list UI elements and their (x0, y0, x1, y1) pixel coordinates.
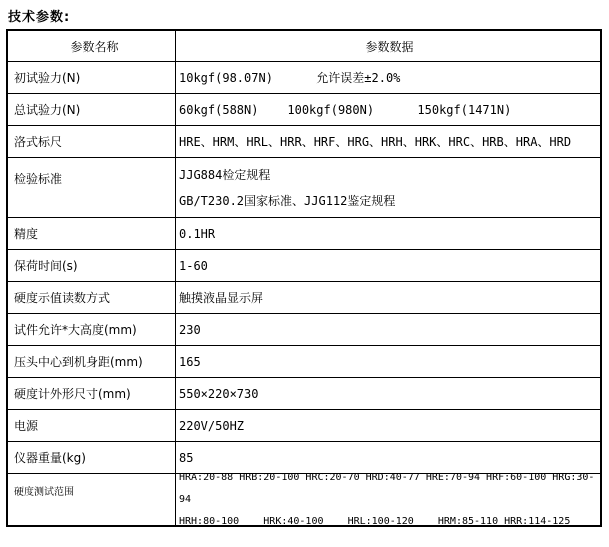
param-name: 压头中心到机身距(mm) (14, 353, 175, 370)
param-value-line: HRH:80-100 HRK:40-100 HRL:100-120 HRM:85… (179, 511, 600, 526)
param-value-line: 85 (179, 451, 600, 465)
param-name-cell: 检验标准 (8, 158, 176, 217)
param-value-line: GB/T230.2国家标准、JJG112鉴定规程 (179, 188, 600, 214)
param-name-cell: 洛式标尺 (8, 126, 176, 157)
table-row: 保荷时间(s) 1-60 (8, 249, 600, 281)
param-value-line: 触摸液晶显示屏 (179, 289, 600, 306)
param-value-line: 230 (179, 323, 600, 337)
param-name-cell: 硬度计外形尺寸(mm) (8, 378, 176, 409)
param-name-cell: 试件允许*大高度(mm) (8, 314, 176, 345)
param-name: 硬度计外形尺寸(mm) (14, 385, 175, 402)
table-row: 洛式标尺 HRE、HRM、HRL、HRR、HRF、HRG、HRH、HRK、HRC… (8, 125, 600, 157)
param-name: 试件允许*大高度(mm) (14, 321, 175, 338)
param-value-cell: 0.1HR (176, 218, 600, 249)
param-value-line: 1-60 (179, 259, 600, 273)
param-name: 初试验力(N) (14, 69, 175, 86)
param-name-cell: 硬度示值读数方式 (8, 282, 176, 313)
table-row: 试件允许*大高度(mm) 230 (8, 313, 600, 345)
param-name: 保荷时间(s) (14, 257, 175, 274)
header-param-value: 参数数据 (176, 31, 600, 61)
header-param-name: 参数名称 (8, 31, 176, 61)
param-name: 总试验力(N) (14, 101, 175, 118)
param-name: 硬度测试范围 (14, 482, 175, 504)
param-value-cell: 230 (176, 314, 600, 345)
table-row: 硬度计外形尺寸(mm) 550×220×730 (8, 377, 600, 409)
param-value-line: JJG884检定规程 (179, 162, 600, 188)
param-value-cell: 85 (176, 442, 600, 473)
page-title: 技术参数: (8, 6, 70, 25)
param-name: 硬度示值读数方式 (14, 289, 175, 306)
param-value-cell: HRA:20-88 HRB:20-100 HRC:20-70 HRD:40-77… (176, 474, 600, 525)
param-name: 检验标准 (14, 166, 175, 192)
param-name-cell: 硬度测试范围 (8, 474, 176, 525)
param-value-line: 10kgf(98.07N) 允许误差±2.0% (179, 69, 600, 86)
table-header-row: 参数名称 参数数据 (8, 31, 600, 61)
page: 技术参数: 参数名称 参数数据 初试验力(N) 10kgf(98.07N) 允许… (0, 0, 609, 547)
param-value-cell: HRE、HRM、HRL、HRR、HRF、HRG、HRH、HRK、HRC、HRB、… (176, 126, 600, 157)
table-row: 电源 220V/50HZ (8, 409, 600, 441)
param-value-cell: 165 (176, 346, 600, 377)
param-value-line: 550×220×730 (179, 387, 600, 401)
param-value-line: HRA:20-88 HRB:20-100 HRC:20-70 HRD:40-77… (179, 474, 600, 511)
param-value-cell: 触摸液晶显示屏 (176, 282, 600, 313)
header-param-name-label: 参数名称 (70, 38, 118, 55)
table-row: 总试验力(N) 60kgf(588N) 100kgf(980N) 150kgf(… (8, 93, 600, 125)
param-name-cell: 保荷时间(s) (8, 250, 176, 281)
param-value-line: 60kgf(588N) 100kgf(980N) 150kgf(1471N) (179, 103, 600, 117)
param-value-cell: 1-60 (176, 250, 600, 281)
header-param-value-label: 参数数据 (365, 38, 413, 55)
param-name: 电源 (14, 417, 175, 434)
param-name: 洛式标尺 (14, 133, 175, 150)
param-name: 仪器重量(kg) (14, 449, 175, 466)
param-value-line: 165 (179, 355, 600, 369)
table-row: 硬度示值读数方式 触摸液晶显示屏 (8, 281, 600, 313)
table-row: 仪器重量(kg) 85 (8, 441, 600, 473)
param-name-cell: 精度 (8, 218, 176, 249)
table-row: 硬度测试范围 HRA:20-88 HRB:20-100 HRC:20-70 HR… (8, 473, 600, 525)
param-value-line: HRE、HRM、HRL、HRR、HRF、HRG、HRH、HRK、HRC、HRB、… (179, 133, 600, 150)
param-value-cell: 60kgf(588N) 100kgf(980N) 150kgf(1471N) (176, 94, 600, 125)
table-row: 精度 0.1HR (8, 217, 600, 249)
table-row: 初试验力(N) 10kgf(98.07N) 允许误差±2.0% (8, 61, 600, 93)
param-value-cell: 220V/50HZ (176, 410, 600, 441)
param-value-line: 220V/50HZ (179, 419, 600, 433)
param-value-cell: JJG884检定规程 GB/T230.2国家标准、JJG112鉴定规程 (176, 158, 600, 217)
param-value-line: 0.1HR (179, 227, 600, 241)
param-value-cell: 550×220×730 (176, 378, 600, 409)
table-row: 检验标准 JJG884检定规程 GB/T230.2国家标准、JJG112鉴定规程 (8, 157, 600, 217)
param-name-cell: 总试验力(N) (8, 94, 176, 125)
spec-table: 参数名称 参数数据 初试验力(N) 10kgf(98.07N) 允许误差±2.0… (6, 29, 602, 527)
param-value-cell: 10kgf(98.07N) 允许误差±2.0% (176, 62, 600, 93)
param-name-cell: 压头中心到机身距(mm) (8, 346, 176, 377)
param-name-cell: 初试验力(N) (8, 62, 176, 93)
param-name: 精度 (14, 225, 175, 242)
table-row: 压头中心到机身距(mm) 165 (8, 345, 600, 377)
param-name-cell: 仪器重量(kg) (8, 442, 176, 473)
param-name-cell: 电源 (8, 410, 176, 441)
